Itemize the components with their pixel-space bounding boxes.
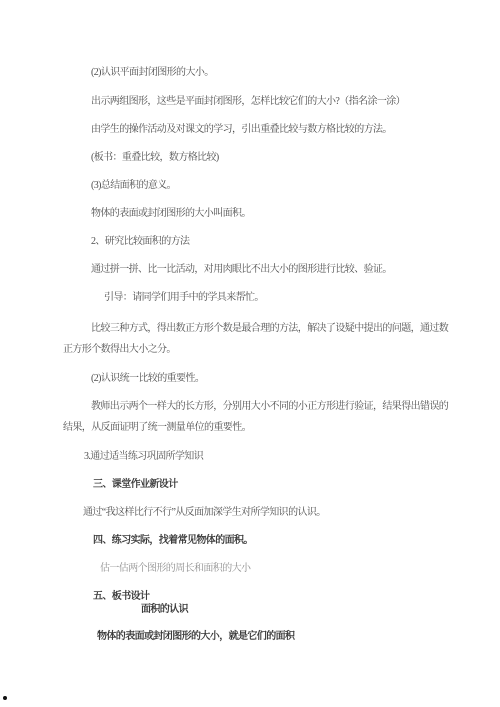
para-student-activity-methods: 由学生的操作活动及对课文的学习，引出重叠比较与数方格比较的方法。 bbox=[91, 124, 392, 136]
para-estimate-perimeter-area: 估一估两个图形的周长和面积的大小 bbox=[100, 563, 250, 575]
para-compare-this-way-ok: 通过“我这样比行不行”从反面加深学生对所学知识的认识。 bbox=[83, 507, 326, 519]
heading-practice-find-area: 四、练习实际，找着常见物体的面积。 bbox=[93, 535, 253, 547]
board-design-content: 物体的表面或封闭图形的大小，就是它们的面积 bbox=[97, 631, 294, 643]
heading-classwork-new-design: 三、课堂作业新设计 bbox=[93, 479, 178, 491]
board-design-title: 面积的认识 bbox=[141, 604, 188, 616]
para-recognize-closed-figure-size: (2)认识平面封闭图形的大小。 bbox=[91, 67, 214, 79]
para-show-two-figure-groups: 出示两组图形，这些是平面封闭图形，怎样比较它们的大小?（指名涂一涂） bbox=[91, 96, 405, 108]
para-compare-three-ways-line1: 比较三种方式，得出数正方形个数是最合理的方法，解决了设疑中提出的问题，通过数 bbox=[91, 323, 448, 335]
page-artifact-dot bbox=[3, 696, 7, 700]
para-compare-three-ways-line2: 正方形个数得出大小之分。 bbox=[63, 344, 176, 356]
para-guide-use-tools: 引导：请同学们用手中的学具来帮忙。 bbox=[104, 292, 264, 304]
para-board-note-compare-methods: (板书：重叠比较，数方格比较) bbox=[91, 152, 219, 164]
para-pin-compare-activity: 通过拼一拼、比一比活动，对用肉眼比不出大小的图形进行比较、验证。 bbox=[91, 264, 392, 276]
para-teacher-demo-line2: 结果，从反面证明了统一测量单位的重要性。 bbox=[63, 422, 251, 434]
para-teacher-demo-line1: 教师出示两个一样大的长方形，分别用大小不同的小正方形进行验证，结果得出错误的 bbox=[91, 401, 448, 413]
document-page: (2)认识平面封闭图形的大小。 出示两组图形，这些是平面封闭图形，怎样比较它们的… bbox=[0, 0, 500, 707]
para-summarize-area-meaning: (3)总结面积的意义。 bbox=[91, 180, 176, 192]
heading-board-design: 五、板书设计 bbox=[93, 591, 149, 603]
para-area-definition: 物体的表面或封闭图形的大小叫面积。 bbox=[91, 208, 251, 220]
para-recognize-unified-compare: (2)认识统一比较的重要性。 bbox=[91, 373, 204, 385]
para-section-compare-area-methods: 2、研究比较面积的方法 bbox=[91, 236, 189, 248]
para-practice-consolidate: 3.通过适当练习巩固所学知识 bbox=[84, 451, 203, 463]
